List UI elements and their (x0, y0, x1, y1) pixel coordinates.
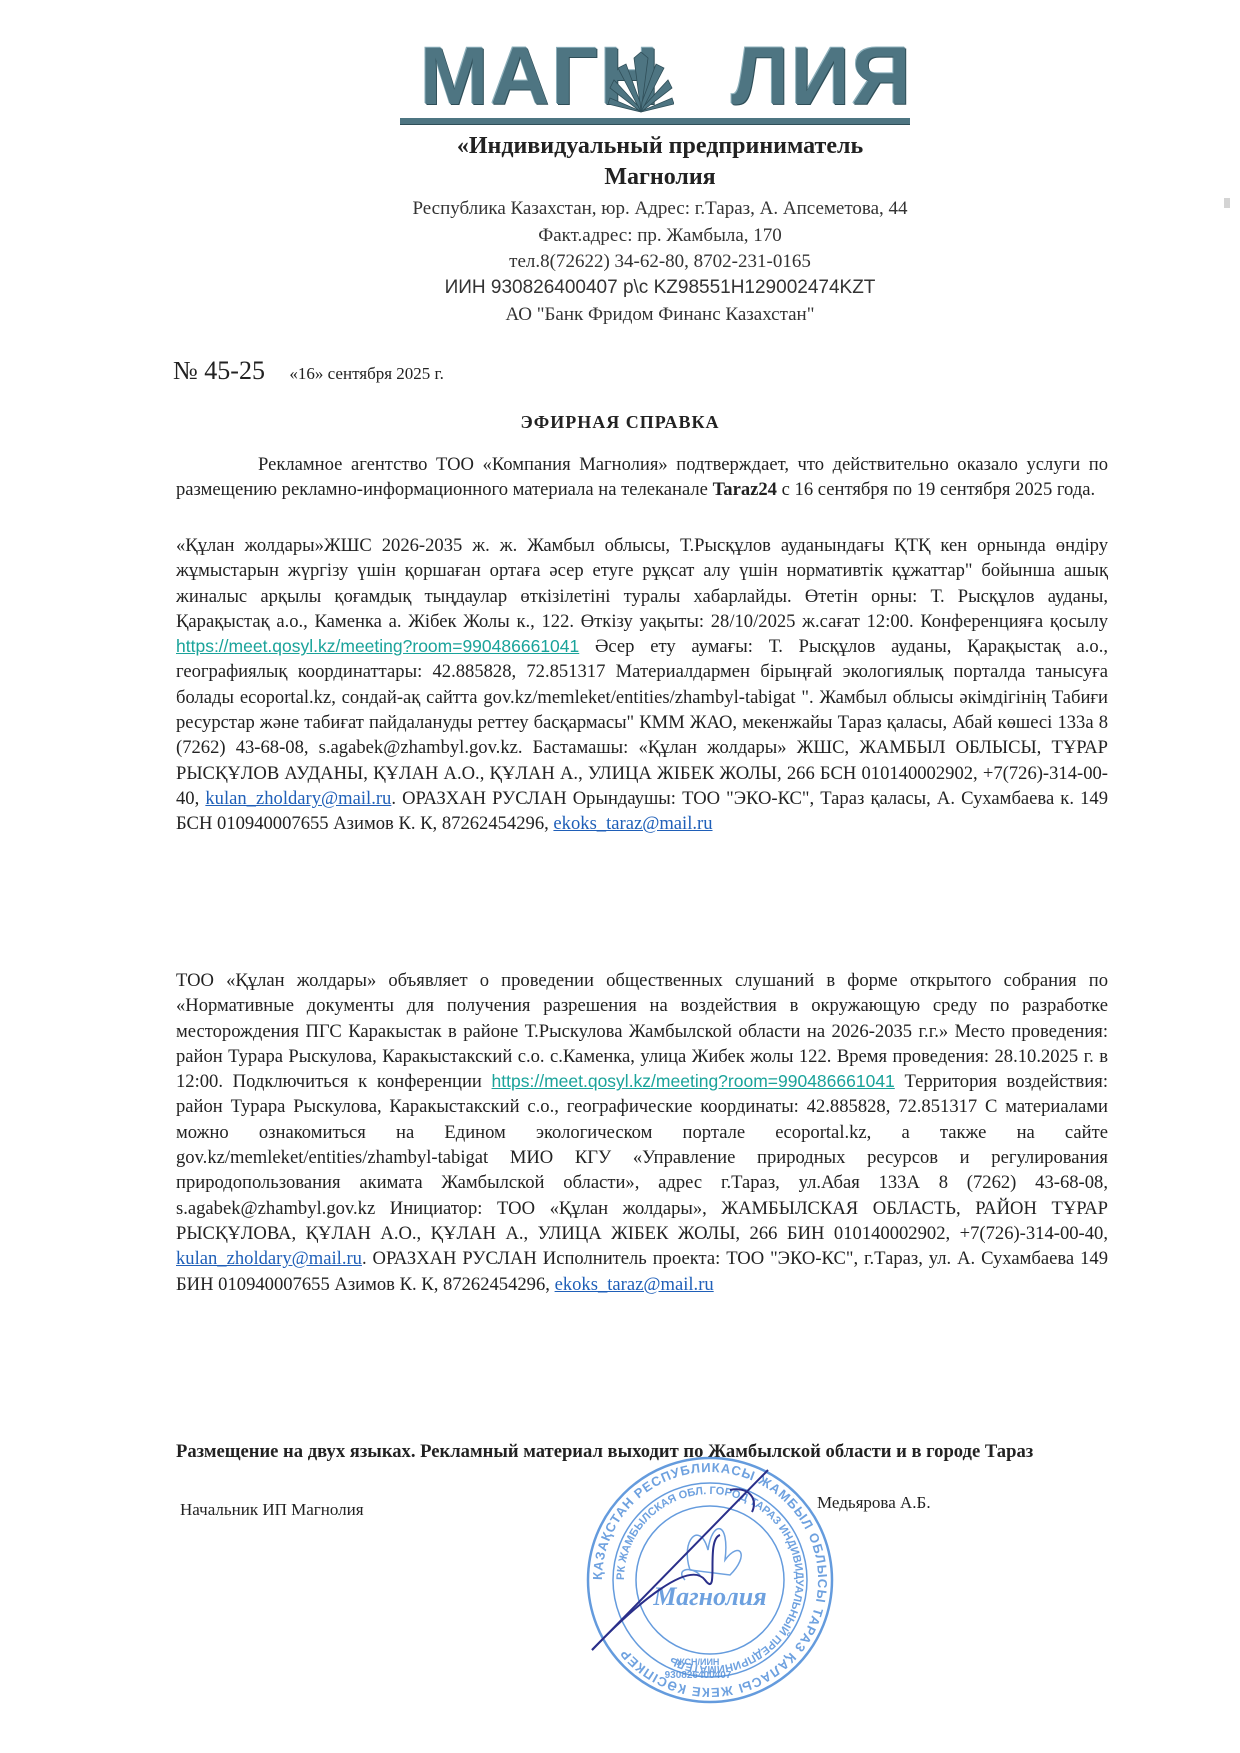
signatory-title: Начальник ИП Магнолия (180, 1500, 364, 1520)
email-link-ekoks-ru[interactable]: ekoks_taraz@mail.ru (555, 1274, 714, 1295)
bank-account: KZ98551H129002474KZT (654, 277, 876, 298)
document-number: № 45-25 (173, 356, 265, 385)
svg-text:Магнолия: Магнолия (652, 1582, 766, 1611)
russian-notice-paragraph: ТОО «Құлан жолдары» объявляет о проведен… (176, 968, 1108, 1297)
intro-paragraph: Рекламное агентство ТОО «Компания Магнол… (176, 452, 1108, 503)
logo-text-right: ЛИЯ (731, 31, 912, 122)
legal-address: Республика Казахстан, юр. Адрес: г.Тараз… (300, 198, 1020, 220)
iin-label: ИИН 930826400407 р\с (445, 277, 654, 298)
iin-account: ИИН 930826400407 р\с KZ98551H129002474KZ… (300, 277, 1020, 299)
svg-text:930826400407: 930826400407 (665, 1670, 732, 1681)
svg-text:ЖСН/ИИН: ЖСН/ИИН (676, 1657, 720, 1667)
svg-text:РК ЖАМБЫЛСКАЯ ОБЛ. ГОРОД ТАРАЗ: РК ЖАМБЫЛСКАЯ ОБЛ. ГОРОД ТАРАЗ ИНДИВИДУА… (615, 1485, 805, 1675)
tv-channel-name: Taraz24 (713, 479, 777, 500)
meeting-link-ru[interactable]: https://meet.qosyl.kz/meeting?room=99048… (492, 1071, 895, 1091)
email-link-ekoks-kz[interactable]: ekoks_taraz@mail.ru (553, 813, 712, 834)
meeting-link-kz[interactable]: https://meet.qosyl.kz/meeting?room=99048… (176, 636, 579, 656)
email-link-kulan-ru[interactable]: kulan_zholdary@mail.ru (176, 1248, 362, 1269)
document-date: «16» сентября 2025 г. (289, 364, 443, 383)
phone-numbers: тел.8(72622) 34-62-80, 8702-231-0165 (300, 251, 1020, 273)
kazakh-notice-paragraph: «Құлан жолдары»ЖШС 2026-2035 ж. ж. Жамбы… (176, 533, 1108, 837)
document-page: МАГНЛИЯ «Индивидуальный предприниматель … (0, 0, 1240, 1753)
org-name-line2: Магнолия (300, 164, 1020, 191)
company-logo: МАГНЛИЯ (400, 28, 910, 128)
intro-text-end: с 16 сентября по 19 сентября 2025 года. (777, 479, 1095, 500)
actual-address: Факт.адрес: пр. Жамбыла, 170 (300, 225, 1020, 247)
logo-underline (400, 118, 910, 124)
org-name-line1: «Индивидуальный предприниматель (300, 133, 1020, 160)
document-title: ЭФИРНАЯ СПРАВКА (0, 412, 1240, 433)
bank-name: АО "Банк Фридом Финанс Казахстан" (300, 304, 1020, 326)
email-link-kulan-kz[interactable]: kulan_zholdary@mail.ru (205, 788, 391, 809)
russian-notice-text-2: Территория воздействия: район Турара Рыс… (176, 1071, 1108, 1244)
scan-artifact (1224, 198, 1230, 208)
document-number-date: № 45-25 «16» сентября 2025 г. (173, 356, 444, 386)
magnolia-flower-icon (608, 50, 674, 116)
company-stamp-icon: ҚАЗАҚСТАН РЕСПУБЛИКАСЫ ЖАМБЫЛ ОБЛЫСЫ ТАР… (580, 1450, 840, 1710)
kazakh-notice-text-2: Әсер ету аумағы: Т. Рысқұлов ауданы, Қар… (176, 636, 1108, 809)
kazakh-notice-text: «Құлан жолдары»ЖШС 2026-2035 ж. ж. Жамбы… (176, 535, 1108, 632)
